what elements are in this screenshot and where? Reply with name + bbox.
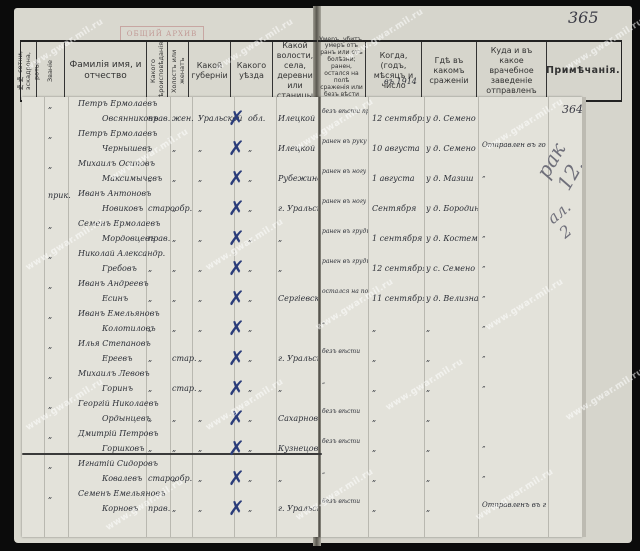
entry-volost: Сергіевской [278,294,318,303]
entry-religion: „ [148,444,152,453]
header-col-battle: Гдѣ въ какомъ сраженiи [422,42,477,100]
entry-religion: „ [148,384,152,393]
entry-marital-status: „ [172,504,176,513]
header-col-hospital: Куда и въ какое врачебное заведенiе отпр… [477,42,547,100]
header-col-date: Когда, (годъ, мѣсяцъ и число [366,42,422,100]
header-col-religion: Какого вѣроисповѣданiя [147,42,168,100]
entry-marital-status: „ [172,294,176,303]
entry-district: „ [248,174,252,183]
entry-status: ранен въ ногу [322,168,366,175]
entry-battle: „ [426,504,430,513]
entry-battle: „ [426,414,430,423]
entry-status: ранен въ руку по собств. [322,138,368,145]
entry-first-name: Михаилъ Левовъ [78,369,150,378]
entry-date: 12 сентября [372,114,424,123]
entry-date: Сентября [372,204,416,213]
entry-battle: „ [426,324,430,333]
entry-marital-status: жен. [172,114,194,123]
entry-religion: „ [148,324,152,333]
entry-status: „ [322,468,325,475]
header-col-province: Какой губернiи [189,42,231,100]
entry-battle: у д. Велизна [426,294,478,303]
entry-province: „ [198,474,202,483]
x-mark-icon: ✗ [228,168,245,188]
entry-religion: прав. [148,114,170,123]
header-col-marital: Холостъ или женатъ [168,42,189,100]
entry-religion: „ [148,174,152,183]
entry-surname: Новиковъ [102,204,143,213]
entry-date: 10 августа [372,144,420,153]
entry-volost: Рубежинской [278,174,318,183]
entry-district: „ [248,204,252,213]
entry-first-name: Дмитрiй Петровъ [78,429,158,438]
entry-first-name: Илья Степановъ [78,339,151,348]
entry-battle: у д. Костеме [426,234,478,243]
entry-province: „ [198,354,202,363]
entry-surname: Горинъ [102,384,133,393]
entry-rank: „ [48,341,52,350]
entry-date: „ [372,444,376,453]
entry-district: „ [248,294,252,303]
entry-hospital: „ [482,351,486,359]
entry-district: „ [248,354,252,363]
entry-hospital: „ [482,171,486,179]
entry-battle: у д. Семено [426,144,476,153]
sheet-edge [582,97,586,537]
entry-year-note: въ 1914 [384,77,417,86]
entry-volost: „ [278,474,282,483]
section-divider-line [22,453,322,455]
entry-religion: „ [148,264,152,273]
entry-district: „ [248,504,252,513]
entry-rank: „ [48,431,52,440]
entry-province: „ [198,294,202,303]
page-number-top: 365 [568,8,599,27]
entry-province: „ [198,144,202,153]
entry-status: ранен въ ногу [322,198,366,205]
entry-hospital: „ [482,291,486,299]
entry-rank: „ [48,101,52,110]
entry-rank: „ [48,461,52,470]
entry-rank: „ [48,131,52,140]
entry-marital-status: „ [172,324,176,333]
entry-status: безъ вѣсти [322,348,360,355]
entry-date: 1 сентября [372,234,422,243]
entry-rank: „ [48,371,52,380]
entry-volost: Кузнецовской [278,444,318,453]
entry-volost: Илецкой [278,114,315,123]
entry-district: „ [248,384,252,393]
entry-status: безъ вѣсти [322,408,360,415]
entry-district: „ [248,144,252,153]
entry-first-name: Петръ Ермолаевъ [78,129,157,138]
x-mark-icon: ✗ [228,108,245,128]
entry-marital-status: стар. [172,354,197,363]
entry-rank: „ [48,311,52,320]
entry-province: „ [198,234,202,243]
entry-battle: у д. Семено [426,114,476,123]
entry-volost: г. Уральскъ [278,204,318,213]
x-mark-icon: ✗ [228,198,245,218]
entry-date: „ [372,384,376,393]
entry-first-name: Иванъ Антоновъ [78,189,151,198]
entry-rank: „ [48,221,52,230]
entry-volost: „ [278,234,282,243]
entry-first-name: Георгiй Николаевъ [78,399,159,408]
entry-rank: „ [48,281,52,290]
entry-marital-status: „ [172,204,176,213]
entry-religion: „ [148,414,152,423]
entry-religion: „ [148,294,152,303]
entry-volost: Сахарновской [278,414,318,423]
x-mark-icon: ✗ [228,348,245,368]
entry-district: „ [248,264,252,273]
entry-date: „ [372,354,376,363]
entry-hospital: „ [482,261,486,269]
entry-first-name: Иванъ Емельяновъ [78,309,160,318]
header-col-volost: Какой волости, села, деревни или станицы [273,42,317,100]
entry-date: 11 сентября [372,294,424,303]
x-mark-icon: ✗ [228,498,245,518]
entry-religion: прав. [148,234,170,243]
entry-province: „ [198,414,202,423]
entry-province: „ [198,444,202,453]
entry-district: „ [248,324,252,333]
entry-battle: у д. Бородино [426,204,478,213]
entry-religion: „ [148,354,152,363]
entry-rank: „ [48,161,52,170]
entry-district: „ [248,444,252,453]
entry-province: „ [198,504,202,513]
entry-province: „ [198,264,202,273]
x-mark-icon: ✗ [228,258,245,278]
entry-battle: „ [426,354,430,363]
entry-status: ранен въ грудь [322,228,368,235]
entry-surname: Есинъ [102,294,128,303]
entry-battle: у д. Мазиш [426,174,473,183]
entry-hospital: „ [482,231,486,239]
entry-province: „ [198,324,202,333]
entry-date: „ [372,414,376,423]
entry-volost: „ [278,264,282,273]
x-mark-icon: ✗ [228,378,245,398]
entry-district: „ [248,474,252,483]
entry-status: ранен въ грудь [322,258,368,265]
entry-province: „ [198,384,202,393]
entry-marital-status: „ [172,264,176,273]
ledger-scan: ОБЩИЙ АРХИВ 365 №№ сотни, эскадрона, рот… [0,0,640,551]
entry-marital-status: стар. [172,384,197,393]
entry-marital-status: „ [172,414,176,423]
entry-status: „ [322,378,325,385]
entry-date: „ [372,324,376,333]
entry-date: 12 сентября [372,264,424,273]
entry-hospital: „ [482,471,486,479]
page-fold [318,97,321,537]
entry-province: „ [198,204,202,213]
header-col-notes: Примѣчанiя. [547,42,619,100]
entry-first-name: Игнатiй Сидоровъ [78,459,158,468]
entry-marital-status: „ [172,174,176,183]
x-mark-icon: ✗ [228,138,245,158]
entry-surname: Ордынцевъ [102,414,151,423]
entry-district: обл. [248,114,265,123]
entry-marital-status: „ [172,234,176,243]
entry-religion: старообр. [148,204,192,213]
entry-battle: „ [426,444,430,453]
entry-first-name: Николай Александр. [78,249,165,258]
entry-marital-status: „ [172,444,176,453]
entry-province: „ [198,174,202,183]
entry-district: „ [248,414,252,423]
entry-first-name: Иванъ Андреевъ [78,279,149,288]
x-mark-icon: ✗ [228,468,245,488]
x-mark-icon: ✗ [228,438,245,458]
entry-battle: „ [426,474,430,483]
header-col-name: Фамилiя имя, и отчество [65,42,147,100]
entry-rank: „ [48,491,52,500]
entry-surname: Ковалевъ [102,474,142,483]
entry-status: безъ вѣсти [322,438,360,445]
entry-battle: у с. Семено [426,264,475,273]
x-mark-icon: ✗ [228,318,245,338]
entry-date: 1 августа [372,174,415,183]
entry-date: „ [372,504,376,513]
entry-surname: Гребовъ [102,264,137,273]
entry-hospital: „ [482,441,486,449]
entry-hospital: „ [482,381,486,389]
entry-surname: Ереевъ [102,354,132,363]
entry-religion: старообр. [148,474,192,483]
entry-volost: г. Уральскъ [278,354,318,363]
entry-rank: прик. [48,191,71,200]
x-mark-icon: ✗ [228,288,245,308]
entry-first-name: Петръ Ермолаевъ [78,99,157,108]
entry-surname: Горшковъ [102,444,144,453]
